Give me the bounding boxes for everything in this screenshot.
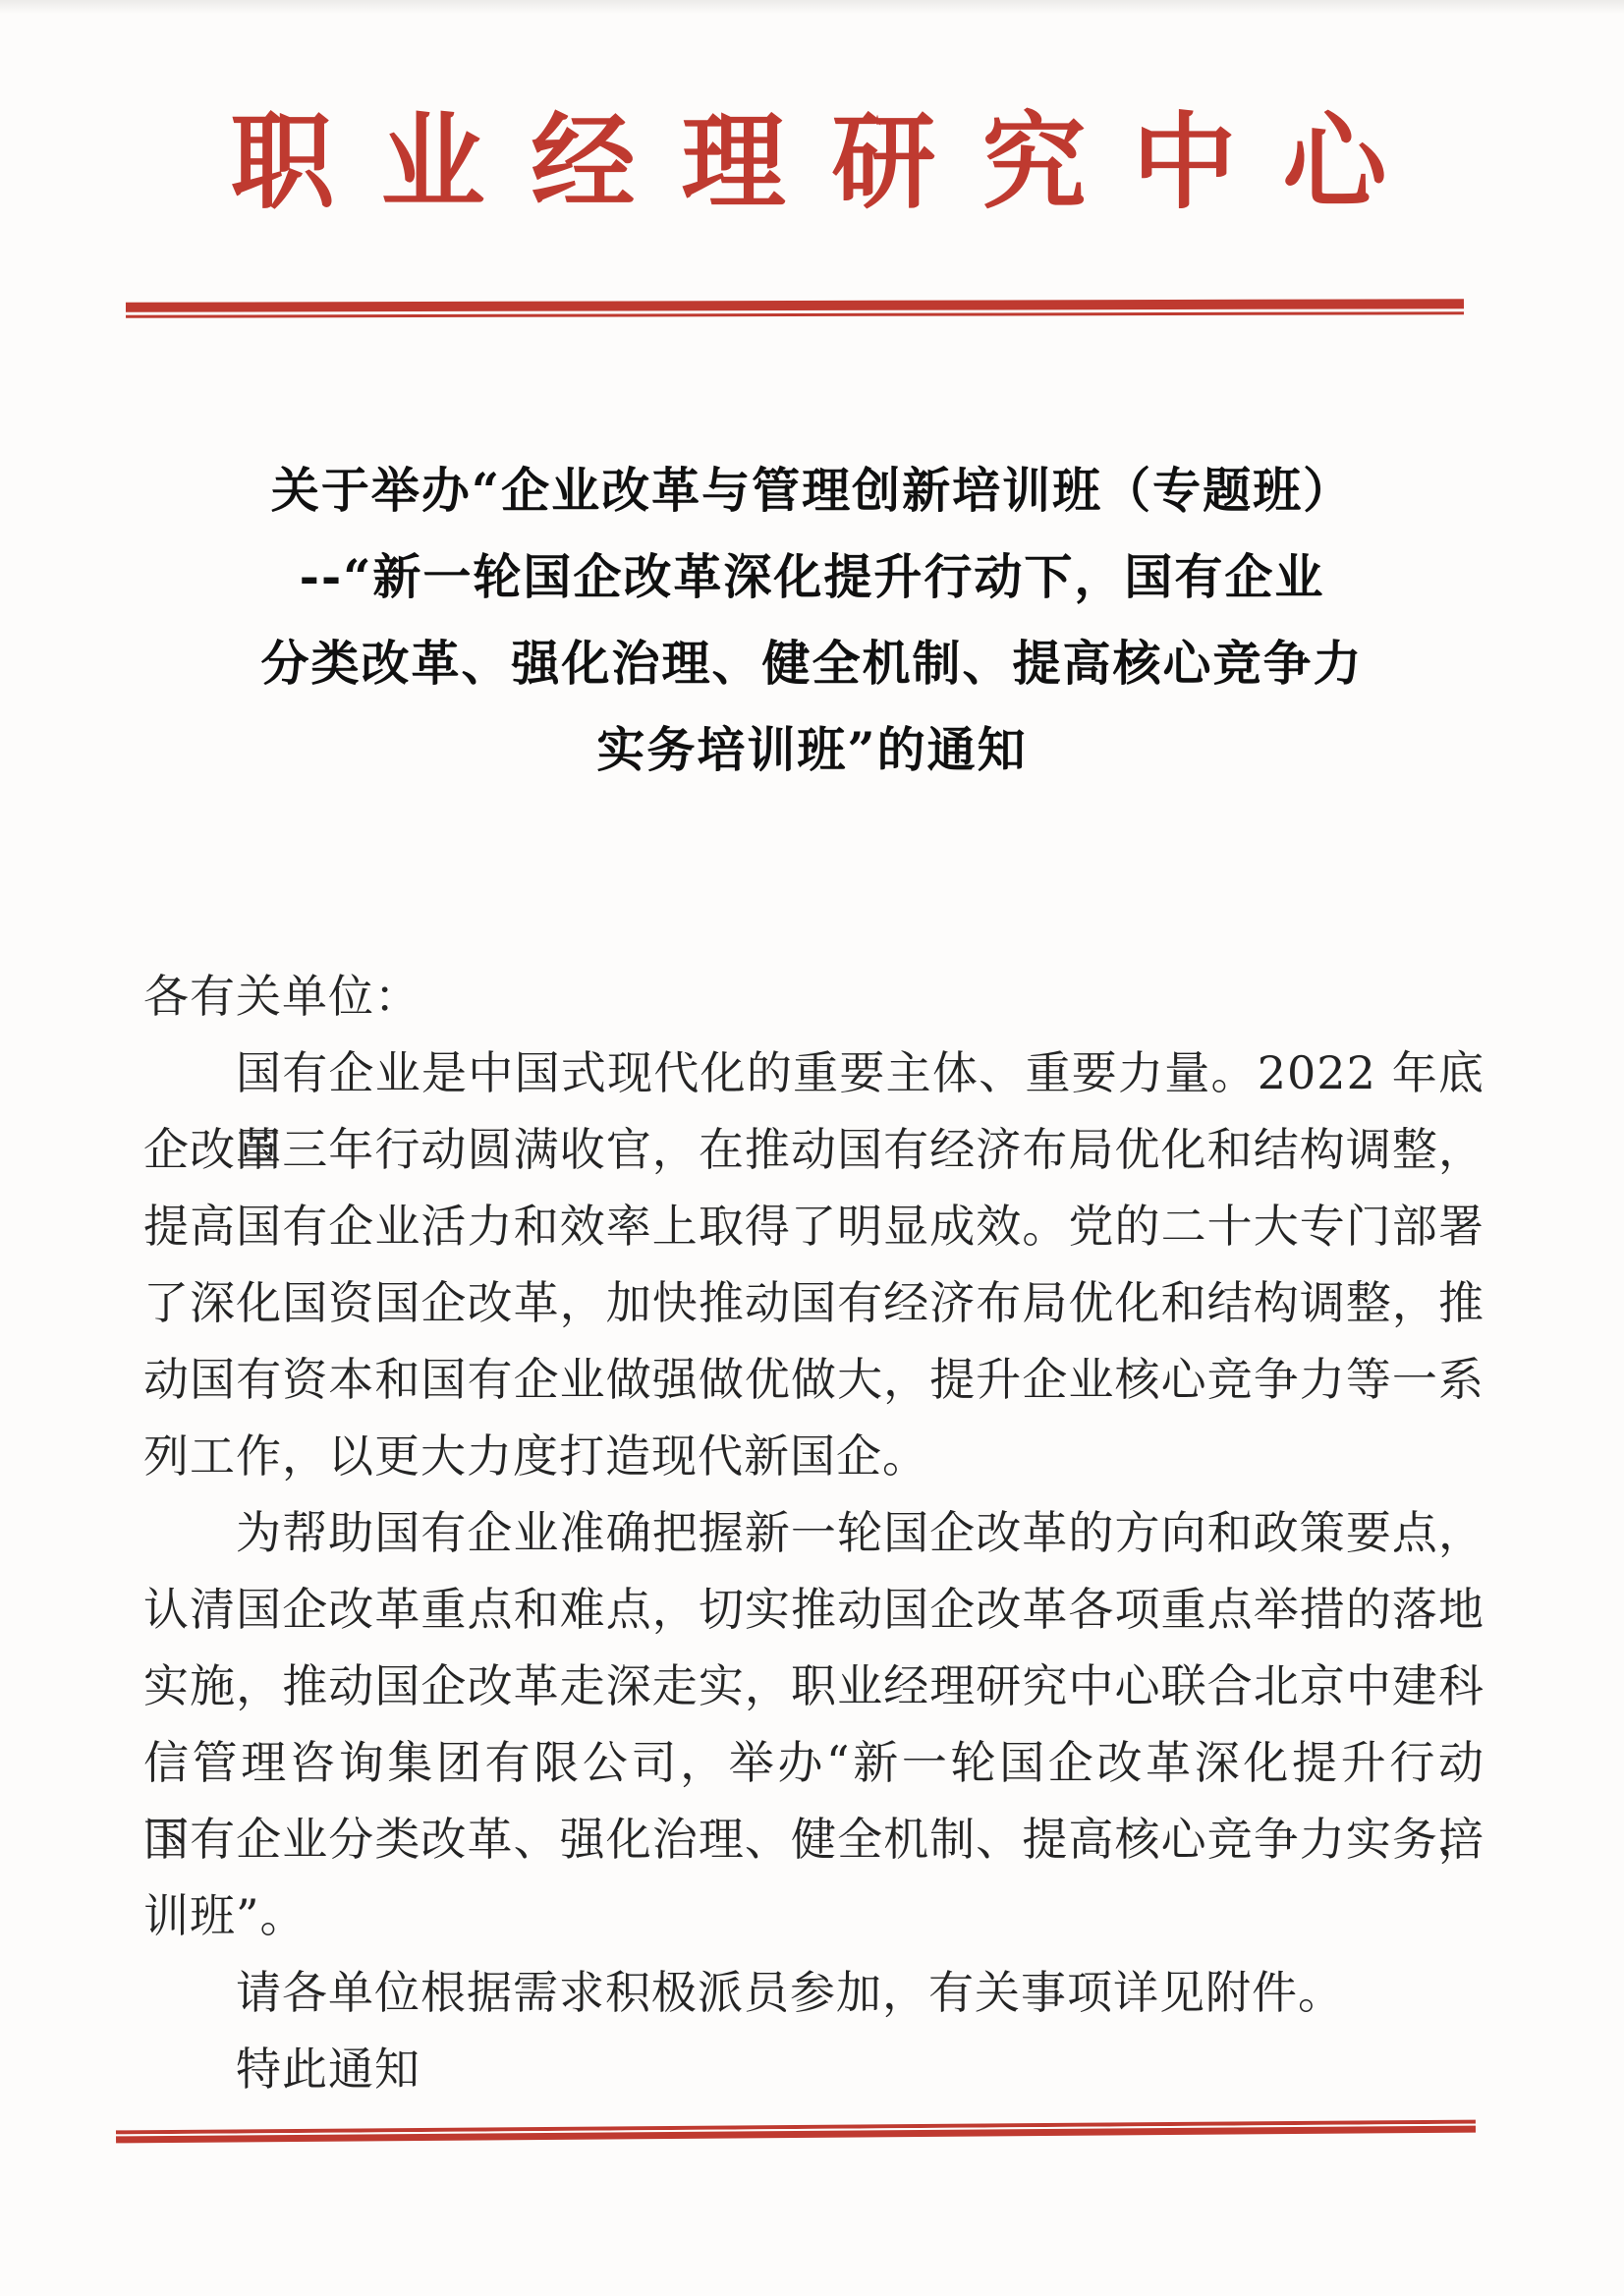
body-line: 列工作，以更大力度打造现代新国企。: [143, 1418, 1484, 1494]
body-line: 动国有资本和国有企业做强做优做大，提升企业核心竞争力等一系: [143, 1341, 1484, 1418]
doc-title-line: 实务培训班”的通知: [0, 706, 1624, 793]
body-line: 国有企业分类改革、强化治理、健全机制、提高核心竞争力实务培: [143, 1801, 1484, 1877]
body-line: 各有关单位：: [143, 958, 1484, 1035]
letterhead-rule: [126, 299, 1464, 318]
document-page: 职业经理研究中心 关于举办“企业改革与管理创新培训班（专题班） --“新一轮国企…: [0, 0, 1624, 2296]
body-line: 了深化国资国企改革，加快推动国有经济布局优化和结构调整，推: [143, 1264, 1484, 1341]
body-line: 信管理咨询集团有限公司，举办“新一轮国企改革深化提升行动下，: [143, 1724, 1484, 1801]
doc-title-line: 分类改革、强化治理、健全机制、提高核心竞争力: [0, 620, 1624, 706]
letterhead-rule-thick: [126, 299, 1464, 312]
footer-rule: [116, 2120, 1476, 2144]
letterhead-rule-thin: [126, 311, 1464, 318]
document-body: 各有关单位： 国有企业是中国式现代化的重要主体、重要力量。2022 年底国 企改…: [143, 958, 1484, 2107]
body-line: 企改革三年行动圆满收官，在推动国有经济布局优化和结构调整，: [143, 1111, 1484, 1188]
body-line: 特此通知: [143, 2031, 1484, 2107]
body-line: 训班”。: [143, 1877, 1484, 1954]
body-line: 实施，推动国企改革走深走实，职业经理研究中心联合北京中建科: [143, 1648, 1484, 1724]
doc-title-line: --“新一轮国企改革深化提升行动下，国有企业: [0, 533, 1624, 620]
doc-title: 关于举办“企业改革与管理创新培训班（专题班） --“新一轮国企改革深化提升行动下…: [0, 447, 1624, 793]
body-line: 国有企业是中国式现代化的重要主体、重要力量。2022 年底国: [143, 1035, 1484, 1111]
body-line: 提高国有企业活力和效率上取得了明显成效。党的二十大专门部署: [143, 1188, 1484, 1264]
body-line: 认清国企改革重点和难点，切实推动国企改革各项重点举措的落地: [143, 1571, 1484, 1648]
doc-title-line: 关于举办“企业改革与管理创新培训班（专题班）: [0, 447, 1624, 533]
body-line: 请各单位根据需求积极派员参加，有关事项详见附件。: [143, 1954, 1484, 2031]
letterhead-org-title: 职业经理研究中心: [0, 0, 1624, 232]
body-line: 为帮助国有企业准确把握新一轮国企改革的方向和政策要点，: [143, 1494, 1484, 1571]
